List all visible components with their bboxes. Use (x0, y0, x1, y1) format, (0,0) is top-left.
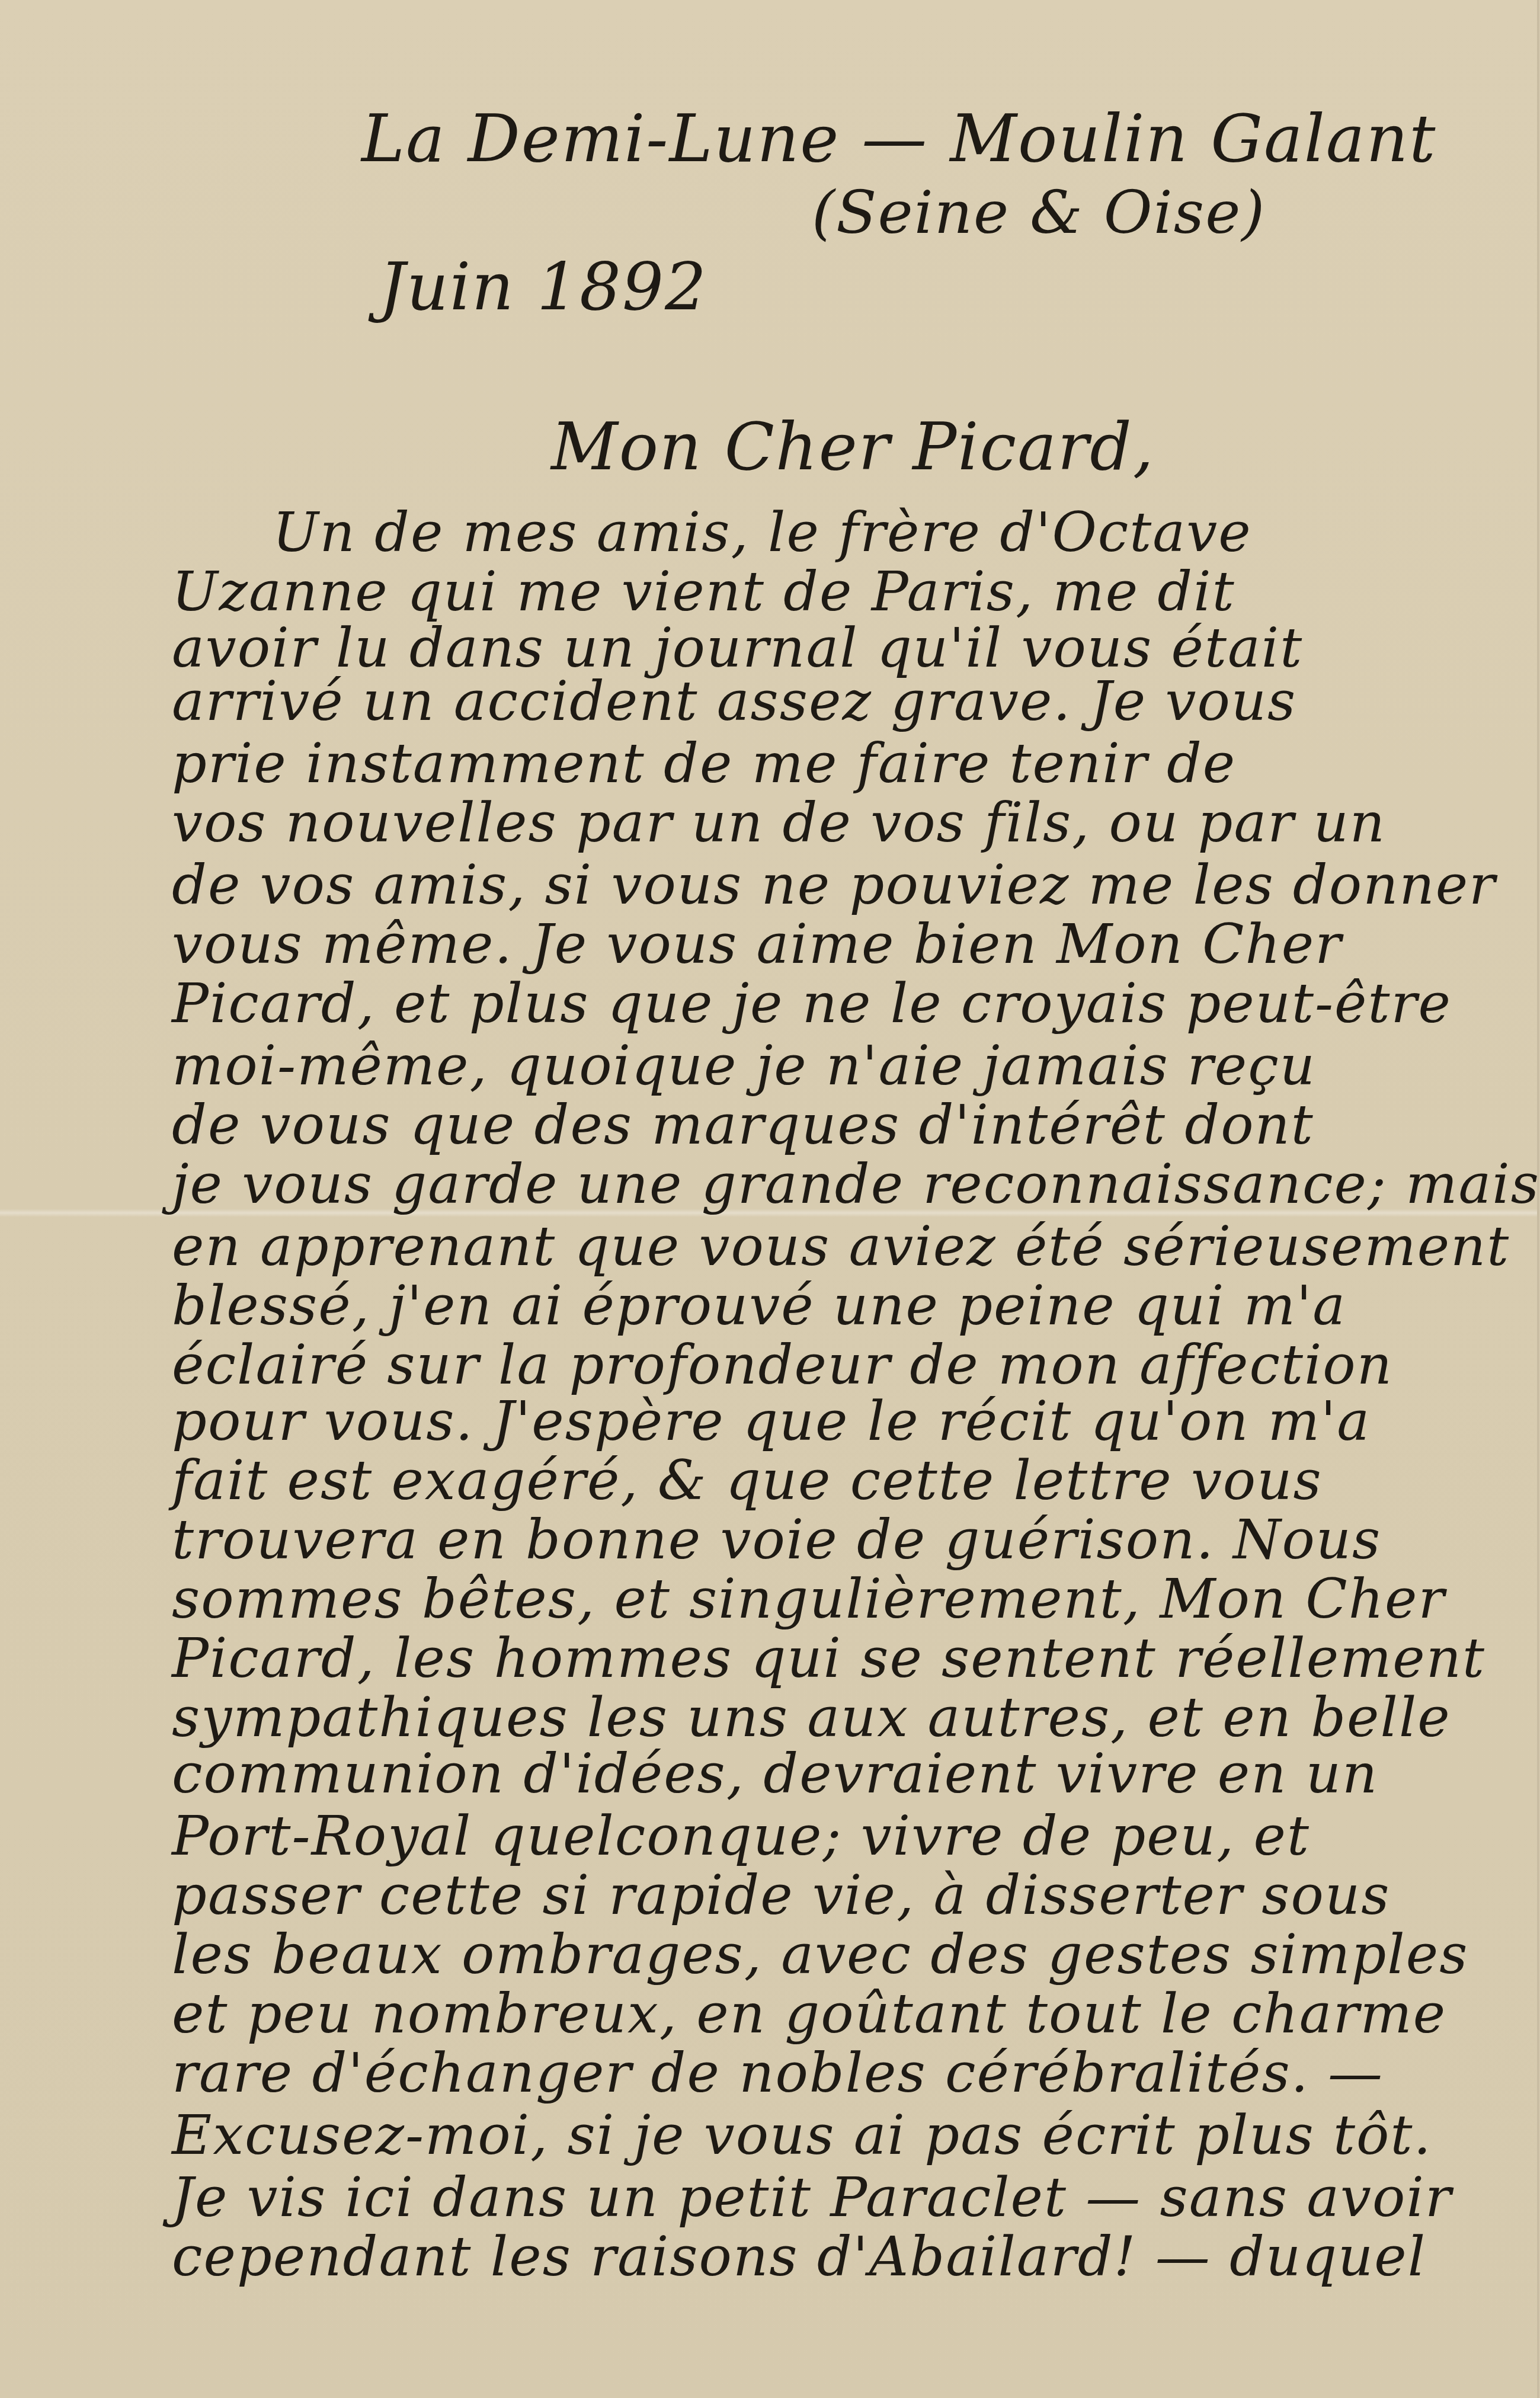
letter-line: fait est exagéré, & que cette lettre vou… (172, 1449, 1323, 1512)
letter-line: vous même. Je vous aime bien Mon Cher (172, 913, 1342, 976)
letter-line: trouvera en bonne voie de guérison. Nous (172, 1508, 1381, 1571)
letter-line: Port-Royal quelconque; vivre de peu, et (172, 1804, 1310, 1868)
letter-line: en apprenant que vous aviez été sérieuse… (172, 1215, 1510, 1278)
letter-line: éclairé sur la profondeur de mon affecti… (172, 1333, 1393, 1397)
letter-line: prie instamment de me faire tenir de (172, 732, 1236, 795)
letter-line: cependant les raisons d'Abailard! — duqu… (172, 2225, 1426, 2288)
letter-line: arrivé un accident assez grave. Je vous (172, 670, 1296, 733)
letter-line: les beaux ombrages, avec des gestes simp… (172, 1923, 1468, 1986)
letter-line: Je vis ici dans un petit Paraclet — sans… (172, 2166, 1452, 2229)
letter-page: La Demi-Lune — Moulin Galant (Seine & Oi… (0, 0, 1539, 2398)
letter-line: je vous garde une grande reconnaissance;… (172, 1152, 1540, 1216)
letter-line: sympathiques les uns aux autres, et en b… (172, 1686, 1451, 1749)
letter-place-heading: La Demi-Lune — Moulin Galant (361, 101, 1436, 177)
letter-line: vos nouvelles par un de vos fils, ou par… (172, 791, 1386, 854)
letter-line: sommes bêtes, et singulièrement, Mon Che… (172, 1567, 1445, 1631)
letter-line: de vous que des marques d'intérêt dont (172, 1093, 1314, 1157)
letter-line: Uzanne qui me vient de Paris, me dit (172, 560, 1235, 623)
letter-date: Juin 1892 (379, 249, 707, 325)
letter-line: communion d'idées, devraient vivre en un (172, 1742, 1378, 1805)
letter-line: passer cette si rapide vie, à disserter … (172, 1864, 1390, 1927)
letter-line: et peu nombreux, en goûtant tout le char… (172, 1982, 1446, 2045)
letter-line: rare d'échanger de nobles cérébralités. … (172, 2041, 1384, 2105)
letter-line: de vos amis, si vous ne pouviez me les d… (172, 853, 1496, 917)
letter-line: blessé, j'en ai éprouvé une peine qui m'… (172, 1274, 1346, 1337)
letter-line: moi-même, quoique je n'aie jamais reçu (172, 1034, 1316, 1097)
letter-region-heading: (Seine & Oise) (812, 178, 1266, 247)
letter-line: Picard, et plus que je ne le croyais peu… (172, 972, 1452, 1035)
letter-line: Excusez-moi, si je vous ai pas écrit plu… (172, 2104, 1432, 2167)
letter-line: Un de mes amis, le frère d'Octave (273, 501, 1252, 564)
letter-line: Picard, les hommes qui se sentent réelle… (172, 1627, 1485, 1690)
letter-line: pour vous. J'espère que le récit qu'on m… (172, 1390, 1371, 1453)
letter-salutation: Mon Cher Picard, (551, 409, 1155, 485)
